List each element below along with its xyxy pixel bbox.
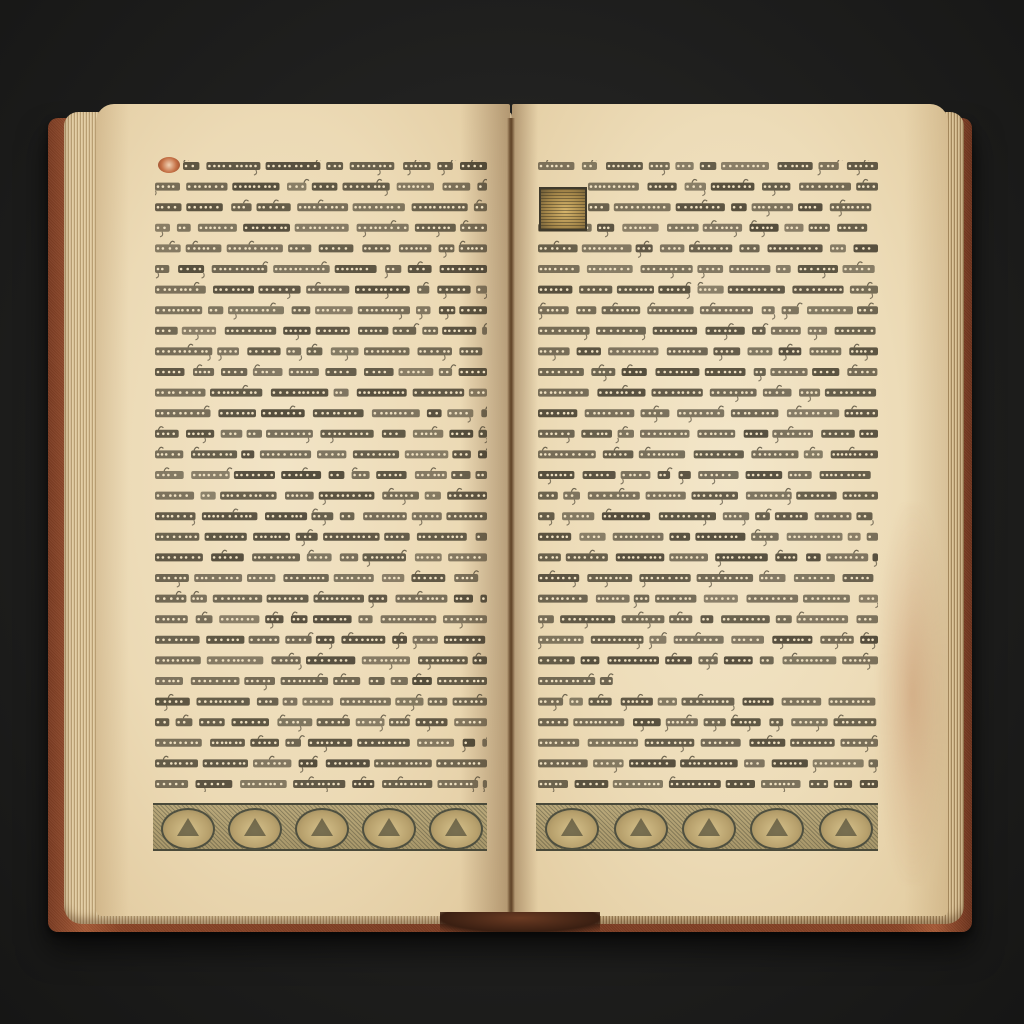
book-scene	[0, 0, 1024, 1024]
medallion-ornament-icon	[228, 808, 282, 850]
left-page-text	[155, 160, 487, 792]
medallion-ornament-icon	[614, 808, 668, 850]
medallion-ornament-icon	[362, 808, 416, 850]
right-page-text	[538, 160, 878, 792]
medallion-ornament-icon	[429, 808, 483, 850]
medallion-ornament-icon	[750, 808, 804, 850]
left-ornamental-border	[153, 803, 487, 851]
spine-bottom	[440, 912, 600, 932]
medallion-ornament-icon	[545, 808, 599, 850]
illuminated-initial-icon	[539, 187, 587, 231]
initial-badge-icon	[158, 157, 180, 173]
right-ornamental-border	[536, 803, 878, 851]
medallion-ornament-icon	[682, 808, 736, 850]
book-gutter	[507, 118, 515, 918]
medallion-ornament-icon	[295, 808, 349, 850]
medallion-ornament-icon	[161, 808, 215, 850]
page-stain	[877, 504, 947, 884]
medallion-ornament-icon	[819, 808, 873, 850]
